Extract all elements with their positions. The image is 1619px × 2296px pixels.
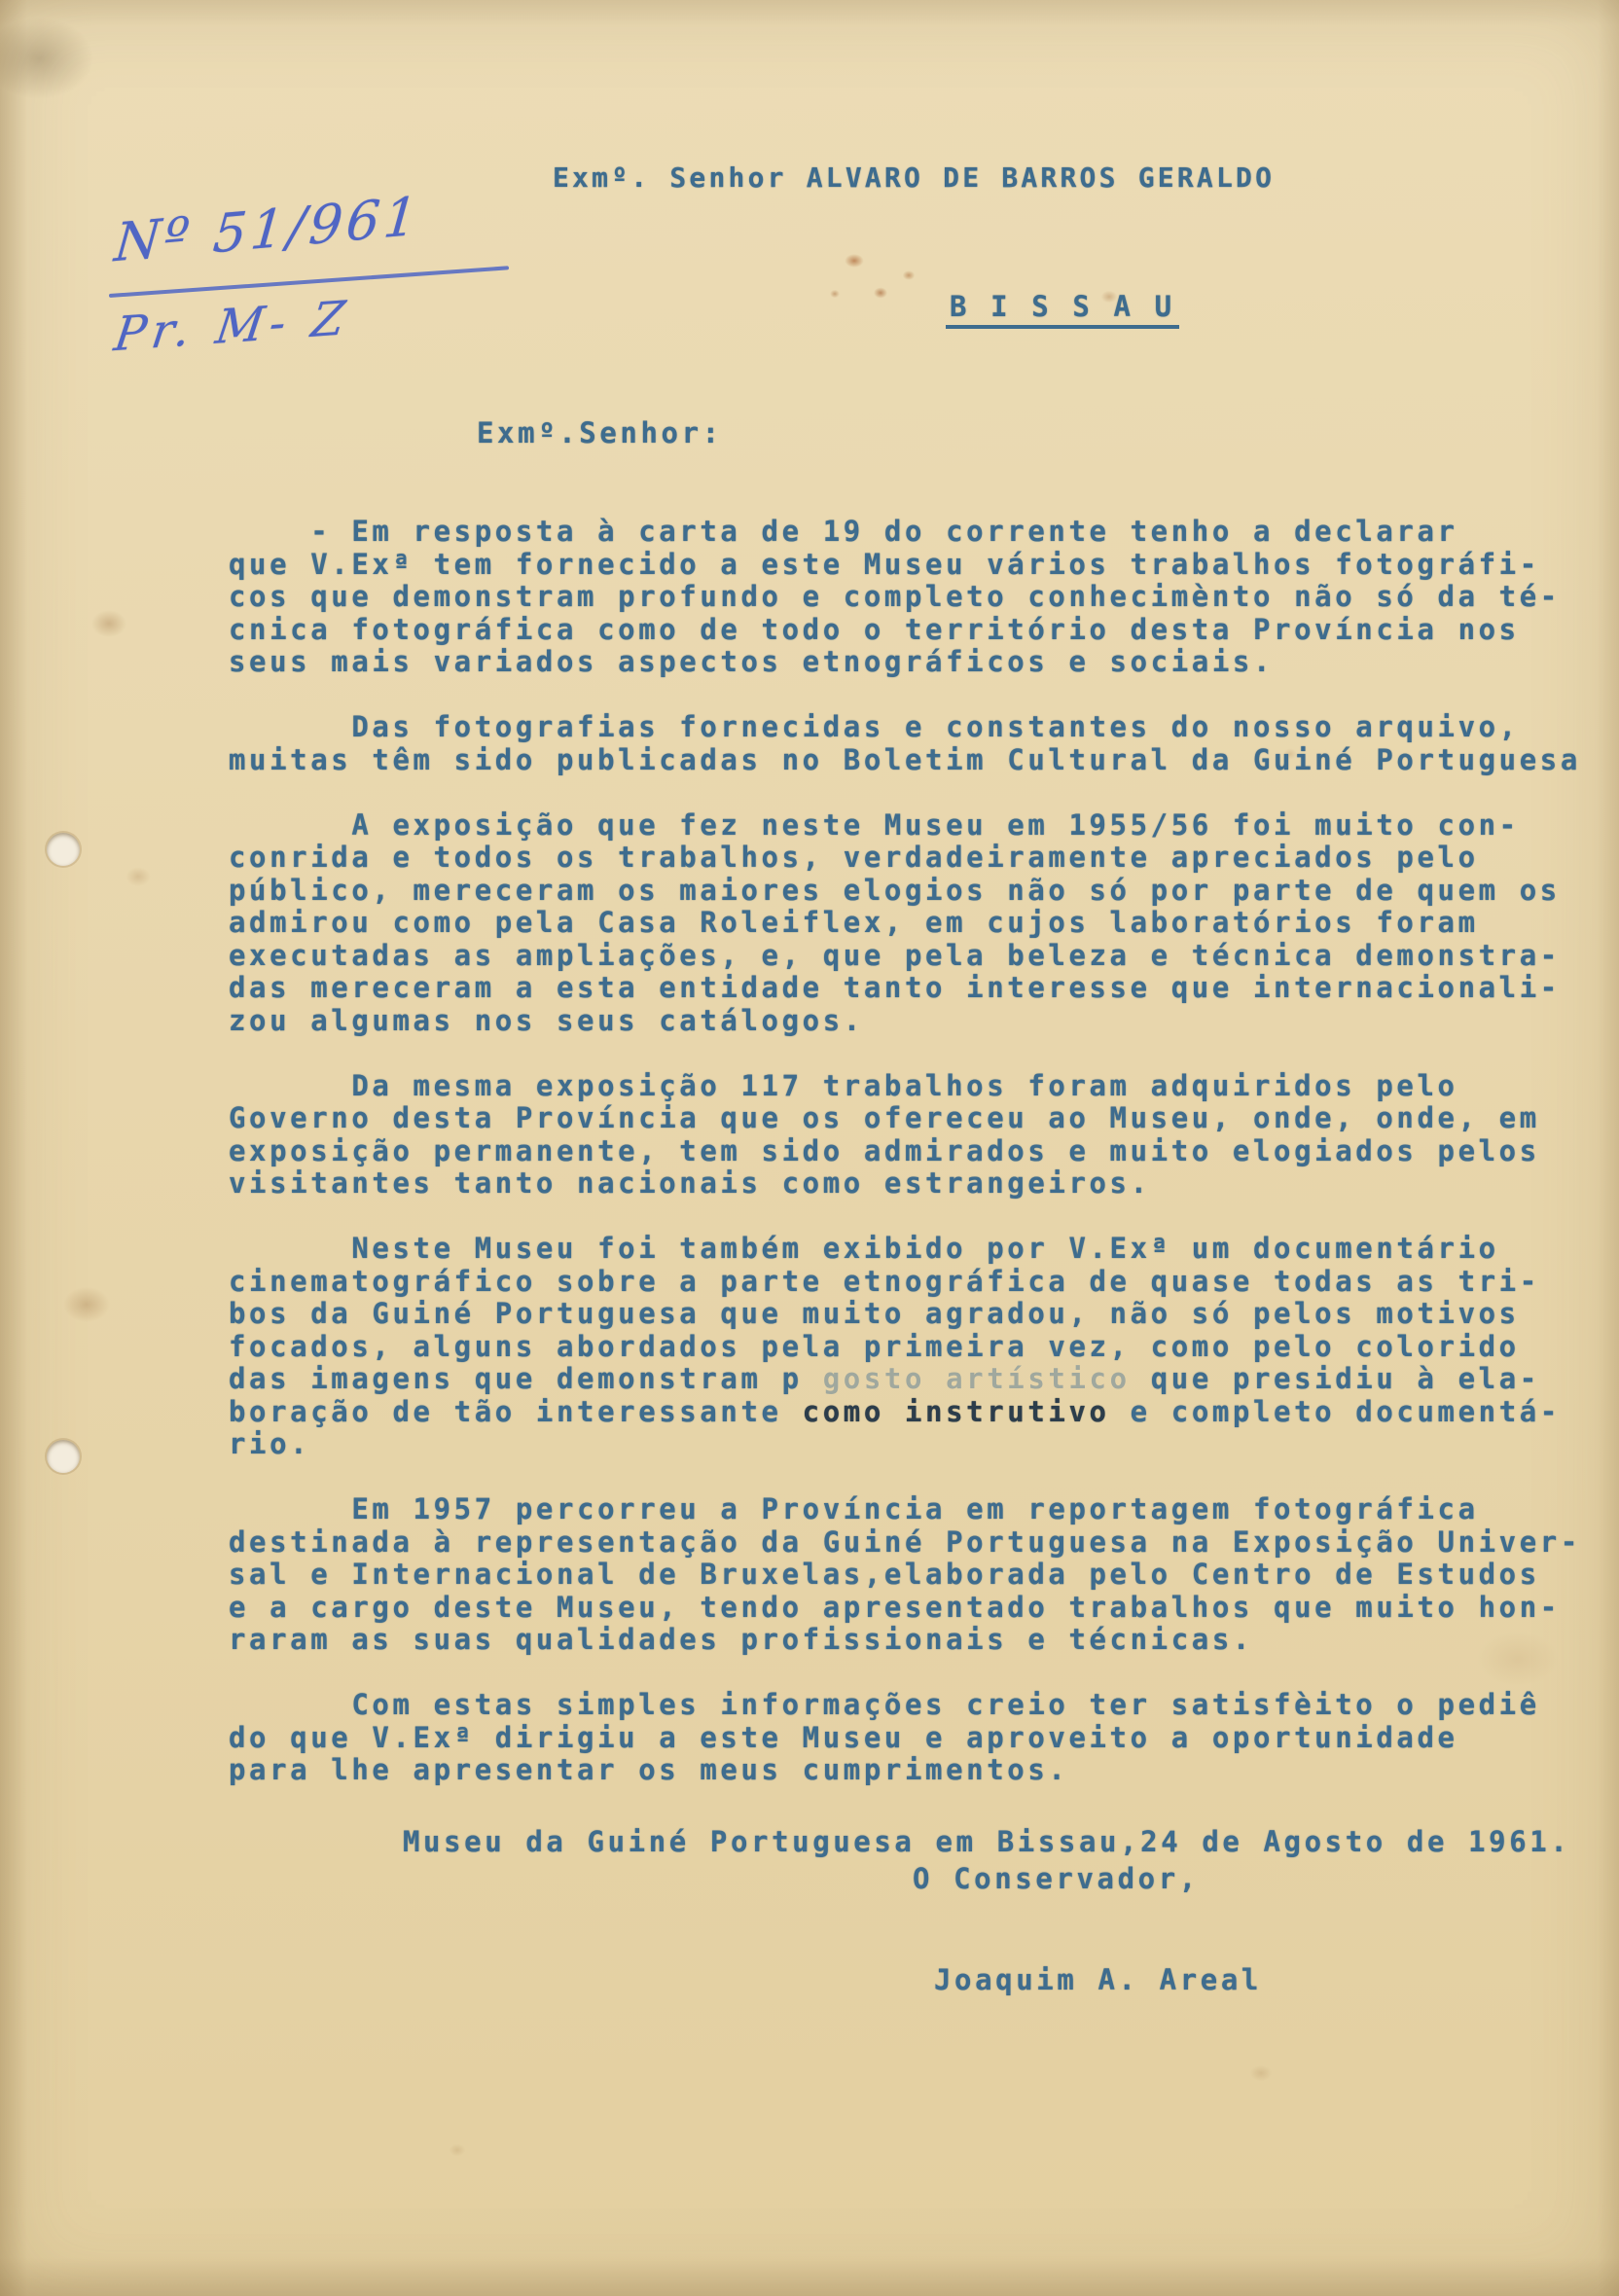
typed-line: bos da Guiné Portuguesa que muito agrado… [229,1298,1581,1331]
typed-segment: gosto artístico [823,1362,1131,1395]
typed-line: Neste Museu foi também exibido por V.Exª… [229,1233,1581,1266]
typed-line: conrida e todos os trabalhos, verdadeira… [229,842,1581,875]
signature: Joaquim A. Areal [934,1963,1262,1996]
handwritten-reference-number: Nº 51/961 [112,185,423,273]
typed-line: seus mais variados aspectos etnográficos… [229,646,1581,679]
punch-hole [47,833,80,866]
typed-line [229,679,1581,712]
typed-line: zou algumas nos seus catálogos. [229,1005,1581,1038]
typed-segment: das imagens que demonstram p [229,1362,823,1395]
addressee-line: Exmº. Senhor ALVARO DE BARROS GERALDO [553,161,1275,194]
typed-line: boração de tão interessante como instrut… [229,1396,1581,1429]
typed-segment: e completo documentá- [1110,1395,1561,1428]
typed-line: rio. [229,1428,1581,1461]
typed-segment: que presidiu à ela- [1131,1362,1540,1395]
typed-line: Da mesma exposição 117 trabalhos foram a… [229,1070,1581,1103]
typed-line: focados, alguns abordados pela primeira … [229,1331,1581,1364]
typed-line: A exposição que fez neste Museu em 1955/… [229,809,1581,843]
typed-line: e a cargo deste Museu, tendo apresentado… [229,1592,1581,1625]
typed-line: Governo desta Província que os ofereceu … [229,1102,1581,1135]
punch-hole [47,1440,80,1473]
typed-line [229,1461,1581,1494]
salutation: Exmº.Senhor: [477,416,723,449]
typed-line: cos que demonstram profundo e completo c… [229,581,1581,614]
city-line: B I S S A U [946,290,1179,329]
typed-line: do que V.Exª dirigiu a este Museu e apro… [229,1722,1581,1755]
typed-line: destinada à representação da Guiné Portu… [229,1526,1581,1560]
handwritten-initials: Pr. M- Z [111,291,354,363]
letter-body: - Em resposta à carta de 19 do corrente … [229,516,1581,1787]
typed-line: Com estas simples informações creio ter … [229,1689,1581,1722]
typed-segment: como instrutivo [803,1395,1110,1428]
typed-line: raram as suas qualidades profissionais e… [229,1624,1581,1657]
sender-role: O Conservador, [913,1862,1200,1895]
typed-line: exposição permanente, tem sido admirados… [229,1135,1581,1168]
typed-line: Das fotografias fornecidas e constantes … [229,711,1581,744]
typed-line: que V.Exª tem fornecido a este Museu vár… [229,549,1581,582]
typed-line: das mereceram a esta entidade tanto inte… [229,972,1581,1005]
typed-line: Em 1957 percorreu a Província em reporta… [229,1493,1581,1526]
typed-line: visitantes tanto nacionais como estrange… [229,1167,1581,1201]
typed-line: sal e Internacional de Bruxelas,elaborad… [229,1559,1581,1592]
typed-line: muitas têm sido publicadas no Boletim Cu… [229,744,1581,777]
typed-line [229,1037,1581,1070]
typed-line: admirou como pela Casa Roleiflex, em cuj… [229,907,1581,940]
typed-line: para lhe apresentar os meus cumprimentos… [229,1754,1581,1787]
typed-line: - Em resposta à carta de 19 do corrente … [229,516,1581,549]
dateline: Museu da Guiné Portuguesa em Bissau,24 d… [403,1825,1570,1858]
typed-line: das imagens que demonstram p gosto artís… [229,1363,1581,1396]
typed-line: cinematográfico sobre a parte etnográfic… [229,1266,1581,1299]
typed-line: executadas as ampliações, e, que pela be… [229,940,1581,973]
typed-segment: boração de tão interessante [229,1395,803,1428]
letter-page: Nº 51/961 Pr. M- Z Exmº. Senhor ALVARO D… [0,0,1619,2296]
typed-line [229,1201,1581,1234]
typed-line: cnica fotográfica como de todo o territó… [229,614,1581,647]
typed-line: público, mereceram os maiores elogios nã… [229,875,1581,908]
typed-line [229,776,1581,809]
typed-line [229,1657,1581,1690]
